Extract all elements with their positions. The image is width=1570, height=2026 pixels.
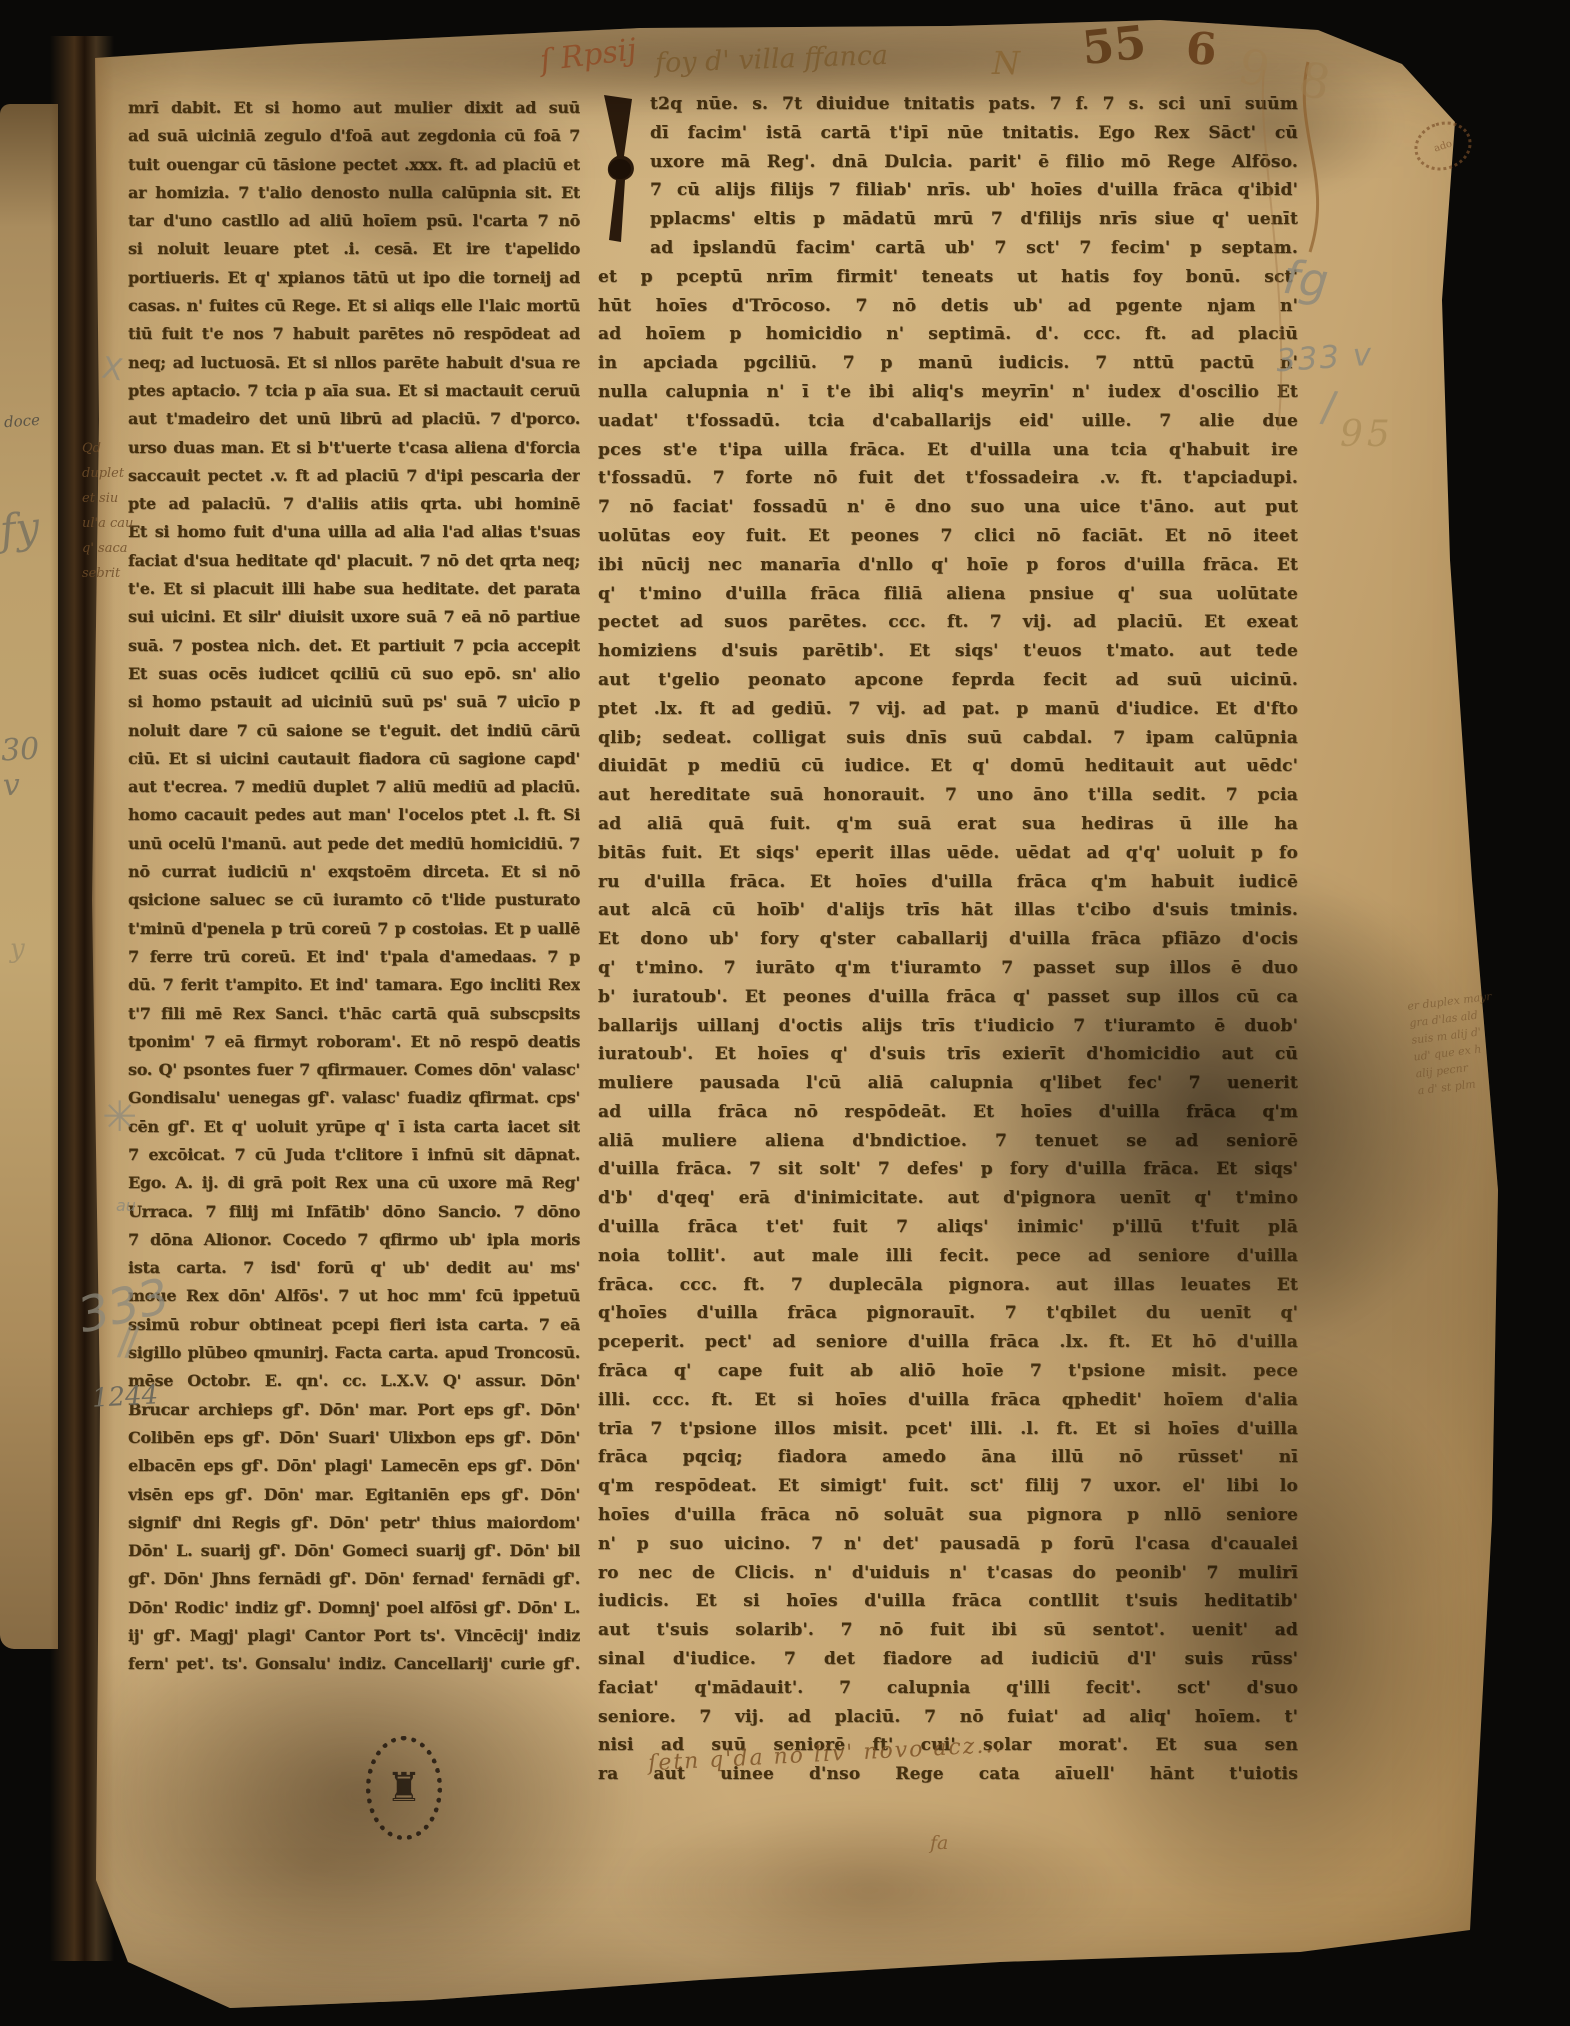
pencil-slashes: ∕∕ <box>116 1318 134 1365</box>
manuscript-line: ptes aptacio. 7 tcia p aīa sua. Et si ma… <box>128 377 580 405</box>
manuscript-line: elbacēn eps gf'. Dōn' plagi' Lamecēn eps… <box>128 1452 580 1480</box>
manuscript-line: aut t'gelio peonato apcone feprda fecit … <box>598 666 1298 695</box>
manuscript-line: t'7 fili mē Rex Sanci. t'hāc cartā quā s… <box>128 1000 580 1028</box>
manuscript-line: n' p suo uicino. 7 n' det' pausadā p for… <box>598 1530 1298 1559</box>
manuscript-line: faciat' q'mādauit'. 7 calupnia q'illi fe… <box>598 1674 1298 1703</box>
manuscript-line: 7 dōna Alionor. Cocedo 7 qfirmo ub' ipla… <box>128 1226 580 1254</box>
manuscript-line: fern' pet'. ts'. Gonsalu' indiz. Cancell… <box>128 1650 580 1678</box>
manuscript-line: pplacms' eltis p mādatū mrū 7 d'filijs n… <box>598 205 1298 234</box>
folio-number-55: 55 <box>1079 15 1148 75</box>
manuscript-line: ssimū robur obtineat pcepi fieri ista ca… <box>128 1311 580 1339</box>
manuscript-line: d'b' d'qeq' erā d'inimicitate. aut d'pig… <box>598 1184 1298 1213</box>
binding-gutter <box>50 36 114 1961</box>
manuscript-line: sui uicini. Et silr' diuisit uxore suā 7… <box>128 603 580 631</box>
drop-cap-initial-I <box>596 92 640 246</box>
manuscript-line: gf'. Dōn' Jhns fernādi gf'. Dōn' fernad'… <box>128 1565 580 1593</box>
manuscript-line: aut alcā cū hoīb' d'alijs trīs hāt illas… <box>598 896 1298 925</box>
manuscript-line: urso duas man. Et si b't'uerte t'casa al… <box>128 434 580 462</box>
facing-page-faint-mark: y <box>10 934 25 964</box>
manuscript-line: frāca q' cape fuit ab aliō hoīe 7 t'psio… <box>598 1357 1298 1386</box>
manuscript-line: dī facim' istā cartā t'ipī nūe tnitatis.… <box>598 119 1298 148</box>
manuscript-line: aut t'ecrea. 7 mediū duplet 7 aliū mediū… <box>128 773 580 801</box>
manuscript-line: Gondisalu' uenegas gf'. valasc' fuadiz q… <box>128 1084 580 1112</box>
year-annotation-1244: 1244 <box>91 1380 159 1413</box>
manuscript-line: si homo pstauit ad uiciniū suū ps' suā 7… <box>128 688 580 716</box>
manuscript-line: Et suas ocēs iudicet qciliū cū suo epō. … <box>128 660 580 688</box>
manuscript-line: ista carta. 7 isd' forū q' ub' dedit au'… <box>128 1254 580 1282</box>
manuscript-line: noia tollit'. aut male illi fecit. pece … <box>598 1242 1298 1271</box>
marginal-note-line: ul'a cau <box>82 511 130 536</box>
manuscript-line: trīa 7 t'psione illos misit. pcet' illi.… <box>598 1415 1298 1444</box>
manuscript-line: si noluit leuare ptet .i. cesā. Et ire t… <box>128 235 580 263</box>
manuscript-line: ij' gf'. Magj' plagi' Cantor Port ts'. V… <box>128 1622 580 1650</box>
manuscript-line: iudicis. Et si hoīes d'uilla frāca contl… <box>598 1587 1298 1616</box>
faded-number-95: 95 <box>1340 414 1394 455</box>
manuscript-line: visēn eps gf'. Dōn' mar. Egitaniēn eps g… <box>128 1481 580 1509</box>
manuscript-line: ro nec de Clicis. n' d'uiduis n' t'casas… <box>598 1559 1298 1588</box>
manuscript-line: bitās fuit. Et siqs' eperit illas uēde. … <box>598 839 1298 868</box>
manuscript-line: hoīes d'uilla frāca nō soluāt sua pignor… <box>598 1501 1298 1530</box>
manuscript-line: mēse Octobr. E. qn'. cc. L.X.V. Q' assur… <box>128 1367 580 1395</box>
manuscript-line: t'minū d'penela p trū coreū 7 p costoias… <box>128 915 580 943</box>
manuscript-line: uolūtas eoy fuit. Et peones 7 clici nō f… <box>598 522 1298 551</box>
manuscript-line: muliere pausada l'cū aliā calupnia q'lib… <box>598 1069 1298 1098</box>
manuscript-line: sinal d'iudice. 7 det fiadore ad iudiciū… <box>598 1645 1298 1674</box>
marginal-note-line: duplet <box>82 461 130 486</box>
manuscript-line: seniore. 7 vij. ad placiū. 7 nō fuiat' a… <box>598 1703 1298 1732</box>
manuscript-line: unū ocelū l'manū. aut pede det mediū hom… <box>128 830 580 858</box>
facing-page-note-fy: fy <box>0 502 42 555</box>
manuscript-line: dū. 7 ferit t'ampito. Et ind' tamara. Eg… <box>128 971 580 999</box>
manuscript-line: mrī dabit. Et si homo aut mulier dixit a… <box>128 94 580 122</box>
manuscript-line: nulla calupnia n' ī t'e ibi aliq's meyrī… <box>598 378 1298 407</box>
manuscript-line: 7 nō faciat' fossadū n' ē dno suo una ui… <box>598 493 1298 522</box>
marginal-note-left: Qddupletet siuul'a cauq' sacasebrit <box>82 436 130 586</box>
manuscript-line: hūt hoīes d'Trōcoso. 7 nō detis ub' ad p… <box>598 292 1298 321</box>
manuscript-line: d'uilla frāca. 7 sit solt' 7 defes' p fo… <box>598 1155 1298 1184</box>
pencil-mark-fg: fg <box>1280 250 1331 308</box>
manuscript-line: Urraca. 7 filij mi Infātib' dōno Sancio.… <box>128 1198 580 1226</box>
manuscript-line: in apciada pgciliū. 7 p manū iudicis. 7 … <box>598 349 1298 378</box>
manuscript-line: q'm respōdeat. Et simigt' fuit. sct' fil… <box>598 1472 1298 1501</box>
manuscript-line: Dōn' Rodic' indiz gf'. Domnj' poel alfōs… <box>128 1594 580 1622</box>
marginal-note-line: q' saca <box>82 536 130 561</box>
manuscript-line: ptet .lx. ft ad gediū. 7 vij. ad pat. p … <box>598 695 1298 724</box>
marginal-note-line: et siu <box>82 486 130 511</box>
manuscript-line: b' iuratoub'. Et peones d'uilla frāca q'… <box>598 983 1298 1012</box>
pencil-folio-333v: 333 v <box>1275 337 1375 380</box>
manuscript-line: Et si homo fuit d'una uilla ad alia l'ad… <box>128 518 580 546</box>
manuscript-line: pectet ad suos parētes. ccc. ft. 7 vij. … <box>598 608 1298 637</box>
manuscript-line: tiū fuit t'e nos 7 habuit parētes nō res… <box>128 320 580 348</box>
manuscript-line: noluit dare 7 cū saione se t'eguit. det … <box>128 717 580 745</box>
manuscript-line: saccauit pectet .v. ft ad placiū 7 d'ipi… <box>128 462 580 490</box>
manuscript-line: sigillo plūbeo qmunirj. Facta carta. apu… <box>128 1339 580 1367</box>
manuscript-line: moue Rex dōn' Alfōs'. 7 ut hoc mm' fcū i… <box>128 1282 580 1310</box>
manuscript-line: portiueris. Et q' xpianos tātū ut ipo di… <box>128 264 580 292</box>
manuscript-line: illi. ccc. ft. Et si hoīes d'uilla frāca… <box>598 1386 1298 1415</box>
manuscript-photo: doce fy 30 v y mrī dabit. Et si homo aut… <box>0 0 1570 2026</box>
manuscript-line: q' t'mino d'uilla frāca filiā aliena pns… <box>598 580 1298 609</box>
manuscript-line: suā. 7 postea nich. det. Et partiuit 7 p… <box>128 632 580 660</box>
manuscript-line: ciū. Et si uicini cautauit fiadora cū sa… <box>128 745 580 773</box>
text-column-left: mrī dabit. Et si homo aut mulier dixit a… <box>128 94 580 1679</box>
manuscript-line: tar d'uno castllo ad aliū hoīem psū. l'c… <box>128 207 580 235</box>
manuscript-line: ballarijs uillanj d'octis alijs trīs t'i… <box>598 1012 1298 1041</box>
manuscript-line: t2q nūe. s. 7t diuidue tnitatis pats. 7 … <box>598 90 1298 119</box>
manuscript-line: ibi nūcij nec manarīa d'nllo q' hoīe p f… <box>598 551 1298 580</box>
manuscript-line: signif' dni Regis gf'. Dōn' petr' thius … <box>128 1509 580 1537</box>
manuscript-line: d'uilla frāca t'et' fuit 7 aliqs' inimic… <box>598 1213 1298 1242</box>
manuscript-line: t'fossadū. 7 forte nō fuit det t'fossade… <box>598 464 1298 493</box>
faded-marginal-note: er duplex mayrgra d'las aldsuis m alij d… <box>1406 979 1570 1100</box>
manuscript-line: ad suā uiciniā zegulo d'foā aut zegdonia… <box>128 122 580 150</box>
manuscript-line: Brucar archieps gf'. Dōn' mar. Port eps … <box>128 1396 580 1424</box>
manuscript-line: pces st'e t'ipa uilla frāca. Et d'uilla … <box>598 436 1298 465</box>
manuscript-line: aliā muliere aliena d'bndictioe. 7 tenue… <box>598 1127 1298 1156</box>
manuscript-line: t'e. Et si placuit illi habe sua heditat… <box>128 575 580 603</box>
folio-number-6: 6 <box>1184 23 1218 76</box>
stamp-figure-icon: ♜ <box>386 1768 422 1808</box>
manuscript-line: tuit ouengar cū tāsione pectet .xxx. ft.… <box>128 151 580 179</box>
manuscript-line: frāca. ccc. ft. 7 duplecāla pignora. aut… <box>598 1271 1298 1300</box>
manuscript-line: aut hereditate suā honorauit. 7 uno āno … <box>598 781 1298 810</box>
facing-page-note-doce: doce <box>3 411 40 431</box>
manuscript-line: ar homizia. 7 t'alio denosto nulla calūp… <box>128 179 580 207</box>
letter-n-mark: N <box>992 44 1020 82</box>
manuscript-line: 7 ferre trū coreū. Et ind' t'pala d'amed… <box>128 943 580 971</box>
manuscript-line: 7 excōicat. 7 cū Juda t'clitore ī infnū … <box>128 1141 580 1169</box>
manuscript-line: casas. n' fuites cū Rege. Et si aliqs el… <box>128 292 580 320</box>
manuscript-line: diuidāt p mediū cū iudice. Et q' domū he… <box>598 752 1298 781</box>
manuscript-line: ru d'uilla frāca. Et hoīes d'uilla frāca… <box>598 868 1298 897</box>
manuscript-line: Colibēn eps gf'. Dōn' Suari' Ulixbon eps… <box>128 1424 580 1452</box>
text-column-right: t2q nūe. s. 7t diuidue tnitatis pats. 7 … <box>598 90 1298 1789</box>
marginal-note-line: Qd <box>82 436 130 461</box>
manuscript-line: qsicione saluec se cū iuramto cō t'lide … <box>128 886 580 914</box>
manuscript-line: uadat' t'fossadū. tcia d'caballarijs eid… <box>598 407 1298 436</box>
manuscript-line: cēn gf'. Et q' uoluit yrūpe q' ī ista ca… <box>128 1113 580 1141</box>
manuscript-line: Ego. A. ij. di grā poit Rex una cū uxore… <box>128 1169 580 1197</box>
manuscript-line: neq; ad luctuosā. Et si nllos parēte hab… <box>128 349 580 377</box>
pencil-star-mark: ✳ <box>102 1092 137 1141</box>
manuscript-line: homiziens d'suis parētib'. Et siqs' t'eu… <box>598 637 1298 666</box>
manuscript-line: ad hoīem p homicidio n' septimā. d'. ccc… <box>598 320 1298 349</box>
manuscript-line: et p pceptū nrīm firmit' teneats ut hati… <box>598 263 1298 292</box>
manuscript-line: faciat d'sua heditate qd' placuit. 7 nō … <box>128 547 580 575</box>
manuscript-line: ad ipslandū facim' cartā ub' 7 sct' 7 fe… <box>598 234 1298 263</box>
oval-archive-stamp: ♜ <box>366 1736 442 1840</box>
manuscript-line: nō currat iudiciū n' exqstoēm dirceta. E… <box>128 858 580 886</box>
manuscript-line: pceperit. pect' ad seniore d'uilla frāca… <box>598 1328 1298 1357</box>
manuscript-line: q'hoīes d'uilla frāca pignorauīt. 7 t'qb… <box>598 1299 1298 1328</box>
manuscript-line: pte ad palaciū. 7 d'aliis atiis qrta. ub… <box>128 490 580 518</box>
manuscript-line: aut t'suis solarib'. 7 nō fuit ibi sū se… <box>598 1616 1298 1645</box>
marginal-note-line: sebrit <box>82 561 130 586</box>
bottom-note-fa: fa <box>930 1832 948 1854</box>
manuscript-line: aut t'madeiro det unū librū ad placiū. 7… <box>128 405 580 433</box>
manuscript-line: q' t'mino. 7 iurāto q'm t'iuramto 7 pass… <box>598 954 1298 983</box>
manuscript-line: tponim' 7 eā firmyt roboram'. Et nō resp… <box>128 1028 580 1056</box>
pencil-note-au: au <box>116 1196 136 1215</box>
manuscript-line: homo cacauit pedes aut man' l'ocelos pte… <box>128 801 580 829</box>
manuscript-line: Et dono ub' fory q'ster caballarij d'uil… <box>598 925 1298 954</box>
manuscript-line: so. Q' psontes fuer 7 qfirmauer. Comes d… <box>128 1056 580 1084</box>
manuscript-line: uxore mā Reg'. dnā Dulcia. parit' ē fili… <box>598 148 1298 177</box>
manuscript-line: iuratoub'. Et hoīes q' d'suis trīs exier… <box>598 1040 1298 1069</box>
manuscript-line: qlib; sedeat. colligat suis dnīs suū cab… <box>598 724 1298 753</box>
manuscript-line: Dōn' L. suarij gf'. Dōn' Gomeci suarij g… <box>128 1537 580 1565</box>
manuscript-line: 7 cū alijs filijs 7 filiab' nrīs. ub' ho… <box>598 176 1298 205</box>
manuscript-line: ad uilla frāca nō respōdeāt. Et hoīes d'… <box>598 1098 1298 1127</box>
manuscript-line: frāca pqciq; fiadora amedo āna illū nō r… <box>598 1443 1298 1472</box>
manuscript-line: ad aliā quā fuit. q'm suā erat sua hedir… <box>598 810 1298 839</box>
